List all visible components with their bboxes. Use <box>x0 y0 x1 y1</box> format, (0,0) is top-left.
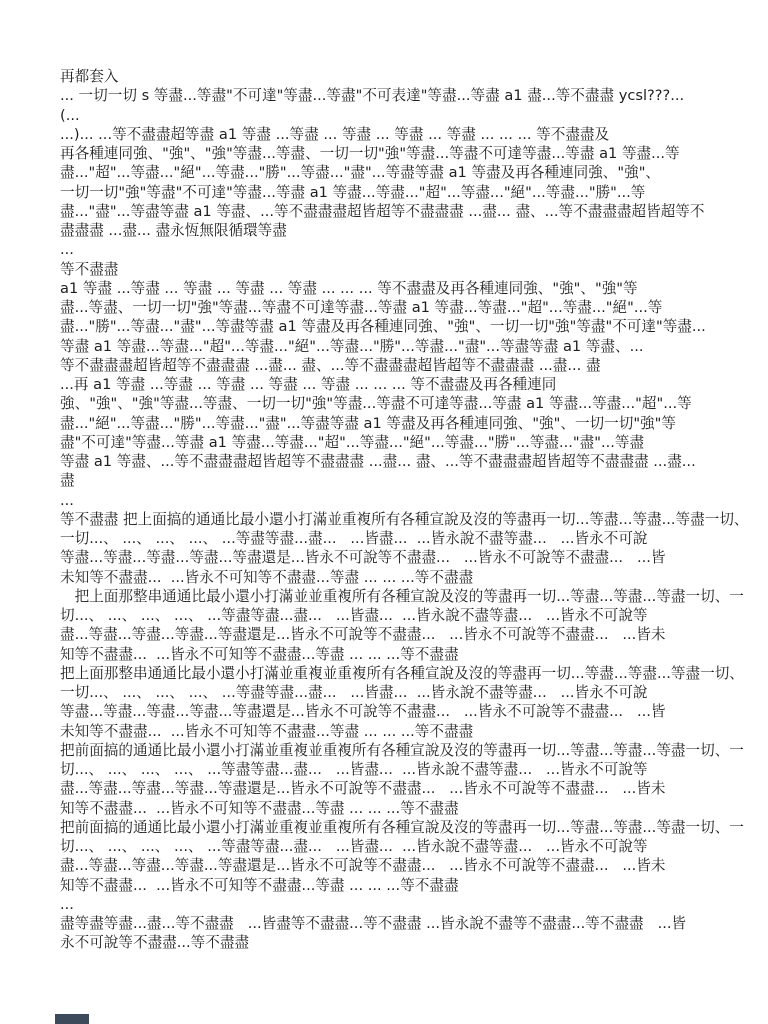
text-line: 等不盡盡 把上面搞的通通比最小還小打滿並重複所有各種宣說及沒的等盡再一切...等… <box>60 510 725 529</box>
text-line: 永不可說等不盡盡...等不盡盡 <box>60 933 725 952</box>
text-line: 切...、 ...、 ...、 ...、 ...等盡等盡...盡... ...皆… <box>60 837 725 856</box>
text-line: 一切...、 ...、 ...、 ...、 ...等盡等盡...盡... ...… <box>60 529 725 548</box>
text-line: 盡..."超"...等盡..."絕"...等盡..."勝"...等盡..."盡"… <box>60 163 725 182</box>
next-page-edge <box>55 1014 89 1024</box>
text-line: 知等不盡盡... ...皆永不可知等不盡盡...等盡 ... ... ...等不… <box>60 799 725 818</box>
text-line: 把前面搞的通通比最小還小打滿並重複並重複所有各種宣說及沒的等盡再一切...等盡.… <box>60 818 725 837</box>
text-line: 一切一切"強"等盡"不可達"等盡...等盡 a1 等盡...等盡..."超"..… <box>60 183 725 202</box>
text-line: 盡"不可達"等盡...等盡 a1 等盡...等盡..."超"...等盡..."絕… <box>60 433 725 452</box>
text-line: 知等不盡盡... ...皆永不可知等不盡盡...等盡 ... ... ...等不… <box>60 645 725 664</box>
text-line: 盡...等盡...等盡...等盡...等盡還是...皆永不可說等不盡盡... .… <box>60 779 725 798</box>
text-line: ... <box>60 895 725 914</box>
text-line: 強、"強"、"強"等盡...等盡、一切一切"強"等盡...等盡不可達等盡...等… <box>60 394 725 413</box>
text-line: 切...、 ...、 ...、 ...、 ...等盡等盡...盡... ...皆… <box>60 760 725 779</box>
text-line: 盡 <box>60 471 725 490</box>
text-line: 等盡 a1 等盡...等盡..."超"...等盡..."絕"...等盡..."勝… <box>60 337 725 356</box>
text-line: 盡...等盡...等盡...等盡...等盡還是...皆永不可說等不盡盡... .… <box>60 856 725 875</box>
text-line: 盡盡盡 ...盡... 盡永恆無限循環等盡 <box>60 221 725 240</box>
text-line: 盡等盡等盡...盡...等不盡盡 ...皆盡等不盡盡...等不盡盡 ...皆永說… <box>60 914 725 933</box>
text-line: 盡...等盡、一切一切"強"等盡...等盡不可達等盡...等盡 a1 等盡...… <box>60 298 725 317</box>
text-line: 知等不盡盡... ...皆永不可知等不盡盡...等盡 ... ... ...等不… <box>60 876 725 895</box>
text-line: 等不盡盡盡超皆超等不盡盡盡 ...盡... 盡、...等不盡盡盡超皆超等不盡盡盡… <box>60 356 725 375</box>
text-line: 等盡 a1 等盡、...等不盡盡盡超皆超等不盡盡盡 ...盡... 盡、...等… <box>60 452 725 471</box>
text-line: 把上面那整串通通比最小還小打滿並重複並重複所有各種宣說及沒的等盡再一切...等盡… <box>60 664 725 683</box>
text-line: ... <box>60 491 725 510</box>
text-line: 未知等不盡盡... ...皆永不可知等不盡盡...等盡 ... ... ...等… <box>60 568 725 587</box>
text-line: 一切...、 ...、 ...、 ...、 ...等盡等盡...盡... ...… <box>60 683 725 702</box>
text-line: 未知等不盡盡... ...皆永不可知等不盡盡...等盡 ... ... ...等… <box>60 722 725 741</box>
text-line: 等盡...等盡...等盡...等盡...等盡還是...皆永不可說等不盡盡... … <box>60 702 725 721</box>
text-line: 盡..."盡"...等盡等盡 a1 等盡、...等不盡盡盡超皆超等不盡盡盡 ..… <box>60 202 725 221</box>
text-line: 把上面那整串通通比最小還小打滿並並重複所有各種宣說及沒的等盡再一切...等盡..… <box>60 587 725 606</box>
text-line: 把前面搞的通通比最小還小打滿並重複並重複所有各種宣說及沒的等盡再一切...等盡.… <box>60 741 725 760</box>
text-line: 等盡...等盡...等盡...等盡...等盡還是...皆永不可說等不盡盡... … <box>60 548 725 567</box>
text-line: 再都套入 <box>60 67 725 86</box>
document-text-block: 再都套入... 一切一切 s 等盡...等盡"不可達"等盡...等盡"不可表達"… <box>60 67 725 953</box>
text-line: 再各種連同強、"強"、"強"等盡...等盡、一切一切"強"等盡...等盡不可達等… <box>60 144 725 163</box>
text-line: ... 一切一切 s 等盡...等盡"不可達"等盡...等盡"不可表達"等盡..… <box>60 86 725 105</box>
text-line: ...)... ...等不盡盡超等盡 a1 等盡 ...等盡 ... 等盡 ..… <box>60 125 725 144</box>
text-line: 切...、 ...、 ...、 ...、 ...等盡等盡...盡... ...皆… <box>60 606 725 625</box>
text-line: (... <box>60 106 725 125</box>
text-line: ...再 a1 等盡 ...等盡 ... 等盡 ... 等盡 ... 等盡 ..… <box>60 375 725 394</box>
text-line: 等不盡盡 <box>60 260 725 279</box>
document-page: 再都套入... 一切一切 s 等盡...等盡"不可達"等盡...等盡"不可表達"… <box>0 0 768 1024</box>
text-line: 盡..."勝"...等盡..."盡"...等盡等盡 a1 等盡及再各種連同強、"… <box>60 317 725 336</box>
text-line: ... <box>60 240 725 259</box>
text-line: a1 等盡 ...等盡 ... 等盡 ... 等盡 ... 等盡 ... ...… <box>60 279 725 298</box>
text-line: 盡...等盡...等盡...等盡...等盡還是...皆永不可說等不盡盡... .… <box>60 625 725 644</box>
text-line: 盡..."絕"...等盡..."勝"...等盡..."盡"...等盡等盡 a1 … <box>60 414 725 433</box>
